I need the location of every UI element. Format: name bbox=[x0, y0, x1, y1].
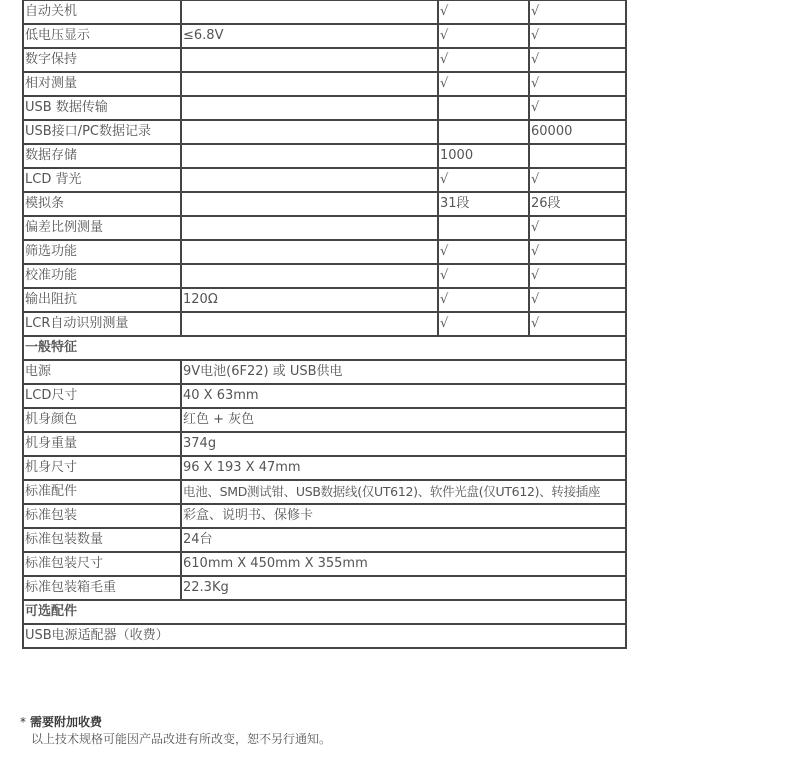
feature-label: 相对测量 bbox=[23, 72, 181, 96]
feature-spec: ≤6.8V bbox=[181, 24, 438, 48]
table-row: 模拟条 31段 26段 bbox=[23, 192, 626, 216]
general-label: 标准包装数量 bbox=[23, 528, 181, 552]
general-label: 机身重量 bbox=[23, 432, 181, 456]
feature-label: LCD 背光 bbox=[23, 168, 181, 192]
general-value: 374g bbox=[181, 432, 626, 456]
general-label: 标准包装尺寸 bbox=[23, 552, 181, 576]
model-b-value: √ bbox=[529, 240, 626, 264]
model-b-value: √ bbox=[529, 24, 626, 48]
general-label: 机身尺寸 bbox=[23, 456, 181, 480]
table-row: 机身尺寸 96 X 193 X 47mm bbox=[23, 456, 626, 480]
feature-spec bbox=[181, 312, 438, 336]
section-title-general: 一般特征 bbox=[23, 336, 626, 360]
feature-spec bbox=[181, 120, 438, 144]
feature-spec bbox=[181, 264, 438, 288]
model-b-value: √ bbox=[529, 216, 626, 240]
general-label: 标准配件 bbox=[23, 480, 181, 504]
model-b-value: √ bbox=[529, 96, 626, 120]
feature-label: 数字保持 bbox=[23, 48, 181, 72]
table-row: USB 数据传输 √ bbox=[23, 96, 626, 120]
table-row: LCR自动识别测量 √ √ bbox=[23, 312, 626, 336]
table-row: 数字保持 √ √ bbox=[23, 48, 626, 72]
table-row: 标准包装箱毛重 22.3Kg bbox=[23, 576, 626, 600]
feature-spec bbox=[181, 48, 438, 72]
model-b-value: √ bbox=[529, 264, 626, 288]
footnote-line: *需要附加收费 bbox=[20, 714, 331, 731]
table-row: 标准包装 彩盒、说明书、保修卡 bbox=[23, 504, 626, 528]
table-row: 标准包装数量 24台 bbox=[23, 528, 626, 552]
disclaimer-text: 以上技术规格可能因产品改进有所改变，恕不另行通知。 bbox=[20, 731, 331, 748]
table-row: 输出阻抗 120Ω √ √ bbox=[23, 288, 626, 312]
table-row: 偏差比例测量 √ bbox=[23, 216, 626, 240]
general-value: 电池、SMD测试钳、USB数据线(仅UT612)、软件光盘(仅UT612)、转接… bbox=[181, 480, 626, 504]
model-b-value: 26段 bbox=[529, 192, 626, 216]
model-a-value: √ bbox=[438, 312, 529, 336]
table-row: 标准包装尺寸 610mm X 450mm X 355mm bbox=[23, 552, 626, 576]
model-a-value bbox=[438, 96, 529, 120]
model-b-value: √ bbox=[529, 48, 626, 72]
model-b-value: √ bbox=[529, 72, 626, 96]
feature-label: 输出阻抗 bbox=[23, 288, 181, 312]
model-a-value: √ bbox=[438, 240, 529, 264]
table-row: 相对测量 √ √ bbox=[23, 72, 626, 96]
section-title-optional: 可选配件 bbox=[23, 600, 626, 624]
table-row: 机身颜色 红色 + 灰色 bbox=[23, 408, 626, 432]
general-label: 电源 bbox=[23, 360, 181, 384]
model-a-value: √ bbox=[438, 48, 529, 72]
model-a-value: √ bbox=[438, 264, 529, 288]
feature-spec bbox=[181, 72, 438, 96]
model-b-value bbox=[529, 144, 626, 168]
general-label: 标准包装 bbox=[23, 504, 181, 528]
general-value: 24台 bbox=[181, 528, 626, 552]
feature-label: 模拟条 bbox=[23, 192, 181, 216]
model-b-value: √ bbox=[529, 168, 626, 192]
asterisk: * bbox=[20, 715, 26, 729]
feature-label: 自动关机 bbox=[23, 0, 181, 24]
feature-label: 筛选功能 bbox=[23, 240, 181, 264]
model-b-value: √ bbox=[529, 288, 626, 312]
table-row: 标准配件 电池、SMD测试钳、USB数据线(仅UT612)、软件光盘(仅UT61… bbox=[23, 480, 626, 504]
general-value: 610mm X 450mm X 355mm bbox=[181, 552, 626, 576]
feature-label: USB接口/PC数据记录 bbox=[23, 120, 181, 144]
table-row: 数据存储 1000 bbox=[23, 144, 626, 168]
additional-charge-note: 需要附加收费 bbox=[30, 715, 102, 729]
feature-label: 校准功能 bbox=[23, 264, 181, 288]
table-row: 自动关机 √ √ bbox=[23, 0, 626, 24]
table-row: 电源 9V电池(6F22) 或 USB供电 bbox=[23, 360, 626, 384]
feature-spec bbox=[181, 96, 438, 120]
feature-label: 低电压显示 bbox=[23, 24, 181, 48]
model-b-value: √ bbox=[529, 312, 626, 336]
feature-spec bbox=[181, 144, 438, 168]
model-b-value: √ bbox=[529, 0, 626, 24]
model-a-value: √ bbox=[438, 288, 529, 312]
feature-spec bbox=[181, 168, 438, 192]
feature-spec bbox=[181, 216, 438, 240]
model-a-value: √ bbox=[438, 168, 529, 192]
feature-spec bbox=[181, 192, 438, 216]
feature-spec bbox=[181, 240, 438, 264]
table-row: 机身重量 374g bbox=[23, 432, 626, 456]
general-value: 22.3Kg bbox=[181, 576, 626, 600]
model-a-value: √ bbox=[438, 0, 529, 24]
model-a-value: √ bbox=[438, 72, 529, 96]
feature-label: 数据存储 bbox=[23, 144, 181, 168]
table-row: LCD 背光 √ √ bbox=[23, 168, 626, 192]
general-label: 机身颜色 bbox=[23, 408, 181, 432]
feature-spec bbox=[181, 0, 438, 24]
feature-label: USB 数据传输 bbox=[23, 96, 181, 120]
general-value: 96 X 193 X 47mm bbox=[181, 456, 626, 480]
table-row: 筛选功能 √ √ bbox=[23, 240, 626, 264]
general-value: 9V电池(6F22) 或 USB供电 bbox=[181, 360, 626, 384]
section-header-row: 一般特征 bbox=[23, 336, 626, 360]
general-value: 红色 + 灰色 bbox=[181, 408, 626, 432]
model-a-value: √ bbox=[438, 24, 529, 48]
general-label: 标准包装箱毛重 bbox=[23, 576, 181, 600]
feature-label: 偏差比例测量 bbox=[23, 216, 181, 240]
model-a-value: 1000 bbox=[438, 144, 529, 168]
table-row: USB接口/PC数据记录 60000 bbox=[23, 120, 626, 144]
table-row: USB电源适配器（收费） bbox=[23, 624, 626, 648]
spec-table: 自动关机 √ √ 低电压显示 ≤6.8V √ √ 数字保持 √ √ 相对测量 √… bbox=[22, 0, 627, 649]
table-row: 校准功能 √ √ bbox=[23, 264, 626, 288]
model-a-value: 31段 bbox=[438, 192, 529, 216]
feature-spec: 120Ω bbox=[181, 288, 438, 312]
model-a-value bbox=[438, 216, 529, 240]
model-a-value bbox=[438, 120, 529, 144]
footer-notes: *需要附加收费 以上技术规格可能因产品改进有所改变，恕不另行通知。 bbox=[20, 714, 331, 748]
general-value: 40 X 63mm bbox=[181, 384, 626, 408]
general-label: LCD尺寸 bbox=[23, 384, 181, 408]
feature-label: LCR自动识别测量 bbox=[23, 312, 181, 336]
table-row: LCD尺寸 40 X 63mm bbox=[23, 384, 626, 408]
table-row: 低电压显示 ≤6.8V √ √ bbox=[23, 24, 626, 48]
section-header-row: 可选配件 bbox=[23, 600, 626, 624]
optional-accessory: USB电源适配器（收费） bbox=[23, 624, 626, 648]
model-b-value: 60000 bbox=[529, 120, 626, 144]
general-value: 彩盒、说明书、保修卡 bbox=[181, 504, 626, 528]
